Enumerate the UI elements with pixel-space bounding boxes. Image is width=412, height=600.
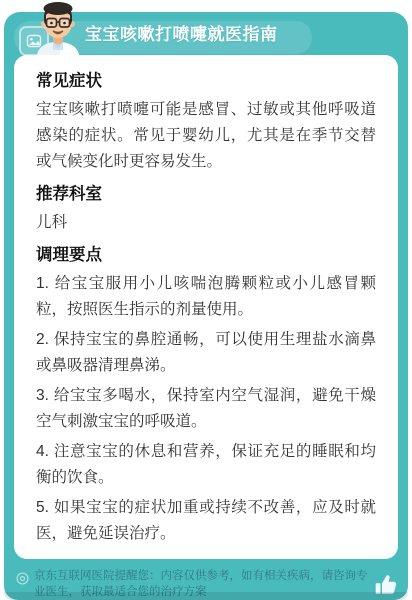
doctor-avatar <box>31 0 85 62</box>
care-point-2: 2. 保持宝宝的鼻腔通畅，可以使用生理盐水滴鼻或鼻吸器清理鼻涕。 <box>36 327 376 379</box>
page-title: 宝宝咳嗽打喷嚏就医指南 <box>85 12 278 55</box>
section-heading-department: 推荐科室 <box>36 182 376 206</box>
care-point-5: 5. 如果宝宝的症状加重或持续不改善，应及时就医，避免延误治疗。 <box>36 495 376 547</box>
guide-message-bubble: 宝宝咳嗽打喷嚏就医指南 常见症状 宝宝咳嗽打喷嚏可能是感冒、过敏或其他呼吸道感染… <box>4 12 408 600</box>
care-point-1: 1. 给宝宝服用小儿咳喘泡腾颗粒或小儿感冒颗粒，按照医生指示的剂量使用。 <box>36 271 376 323</box>
guide-content-card: 常见症状 宝宝咳嗽打喷嚏可能是感冒、过敏或其他呼吸道感染的症状。常见于婴幼儿，尤… <box>14 55 398 559</box>
symptoms-paragraph: 宝宝咳嗽打喷嚏可能是感冒、过敏或其他呼吸道感染的症状。常见于婴幼儿，尤其是在季节… <box>36 97 376 175</box>
info-circle-icon <box>16 572 29 590</box>
care-point-4: 4. 注意宝宝的休息和营养，保证充足的睡眠和均衡的饮食。 <box>36 439 376 491</box>
thumbs-up-icon[interactable] <box>374 573 398 600</box>
disclaimer-footer: 京东互联网医院提醒您：内容仅供参考，如有相关疾病，请咨询专业医生，获取最适合您的… <box>4 559 408 600</box>
department-value: 儿科 <box>36 210 376 236</box>
section-heading-care-points: 调理要点 <box>36 243 376 267</box>
section-heading-symptoms: 常见症状 <box>36 69 376 93</box>
guide-header: 宝宝咳嗽打喷嚏就医指南 <box>4 12 408 55</box>
disclaimer-text: 京东互联网医院提醒您：内容仅供参考，如有相关疾病，请咨询专业医生，获取最适合您的… <box>34 568 368 600</box>
care-point-3: 3. 给宝宝多喝水，保持室内空气湿润，避免干燥空气刺激宝宝的呼吸道。 <box>36 383 376 435</box>
